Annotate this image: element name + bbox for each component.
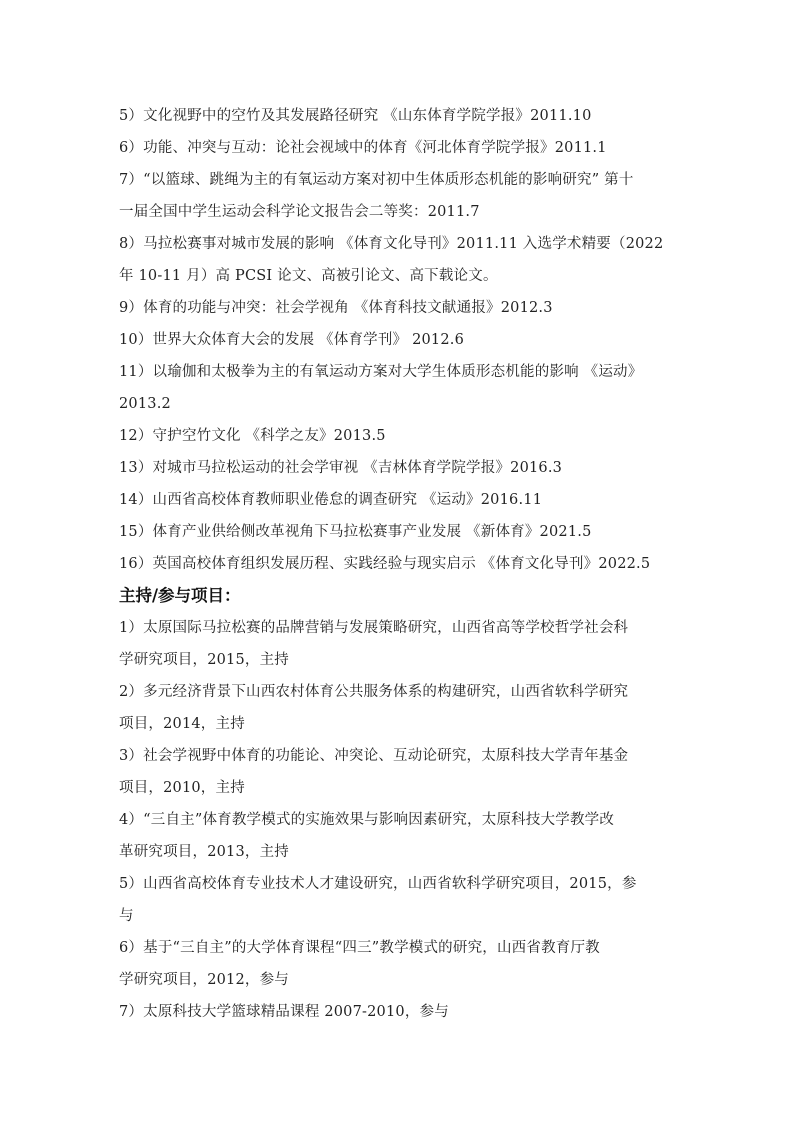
project-line: 1）太原国际马拉松赛的品牌营销与发展策略研究，山西省高等学校哲学社会科 [119, 612, 677, 644]
publication-line: 13）对城市马拉松运动的社会学审视 《吉林体育学院学报》2016.3 [119, 452, 677, 484]
publication-line: 5）文化视野中的空竹及其发展路径研究 《山东体育学院学报》2011.10 [119, 100, 677, 132]
project-line: 与 [119, 900, 677, 932]
publication-line: 年 10-11 月）高 PCSI 论文、高被引论文、高下载论文。 [119, 260, 677, 292]
publication-line: 15）体育产业供给侧改革视角下马拉松赛事产业发展 《新体育》2021.5 [119, 516, 677, 548]
project-line: 7）太原科技大学篮球精品课程 2007-2010，参与 [119, 996, 677, 1028]
project-line: 学研究项目，2012，参与 [119, 964, 677, 996]
projects-heading: 主持/参与项目： [119, 580, 677, 612]
project-line: 革研究项目，2013，主持 [119, 836, 677, 868]
project-line: 5）山西省高校体育专业技术人才建设研究，山西省软科学研究项目，2015，参 [119, 868, 677, 900]
publication-line: 一届全国中学生运动会科学论文报告会二等奖：2011.7 [119, 196, 677, 228]
publication-line: 11）以瑜伽和太极拳为主的有氧运动方案对大学生体质形态机能的影响 《运动》 [119, 356, 677, 388]
project-line: 6）基于“三自主”的大学体育课程“四三”教学模式的研究，山西省教育厅教 [119, 932, 677, 964]
publication-line: 10）世界大众体育大会的发展 《体育学刊》 2012.6 [119, 324, 677, 356]
project-line: 项目，2010，主持 [119, 772, 677, 804]
project-line: 项目，2014，主持 [119, 708, 677, 740]
publication-line: 2013.2 [119, 388, 677, 420]
document-page: 5）文化视野中的空竹及其发展路径研究 《山东体育学院学报》2011.10 6）功… [119, 100, 677, 1028]
publication-line: 14）山西省高校体育教师职业倦怠的调查研究 《运动》2016.11 [119, 484, 677, 516]
publications-list: 5）文化视野中的空竹及其发展路径研究 《山东体育学院学报》2011.10 6）功… [119, 100, 677, 580]
project-line: 3）社会学视野中体育的功能论、冲突论、互动论研究，太原科技大学青年基金 [119, 740, 677, 772]
project-line: 2）多元经济背景下山西农村体育公共服务体系的构建研究，山西省软科学研究 [119, 676, 677, 708]
publication-line: 6）功能、冲突与互动：论社会视域中的体育《河北体育学院学报》2011.1 [119, 132, 677, 164]
publication-line: 8）马拉松赛事对城市发展的影响 《体育文化导刊》2011.11 入选学术精要（2… [119, 228, 677, 260]
publication-line: 16）英国高校体育组织发展历程、实践经验与现实启示 《体育文化导刊》2022.5 [119, 548, 677, 580]
publication-line: 9）体育的功能与冲突：社会学视角 《体育科技文献通报》2012.3 [119, 292, 677, 324]
publication-line: 7）“以篮球、跳绳为主的有氧运动方案对初中生体质形态机能的影响研究” 第十 [119, 164, 677, 196]
projects-list: 1）太原国际马拉松赛的品牌营销与发展策略研究，山西省高等学校哲学社会科 学研究项… [119, 612, 677, 1028]
project-line: 4）“三自主”体育教学模式的实施效果与影响因素研究，太原科技大学教学改 [119, 804, 677, 836]
project-line: 学研究项目，2015，主持 [119, 644, 677, 676]
publication-line: 12）守护空竹文化 《科学之友》2013.5 [119, 420, 677, 452]
